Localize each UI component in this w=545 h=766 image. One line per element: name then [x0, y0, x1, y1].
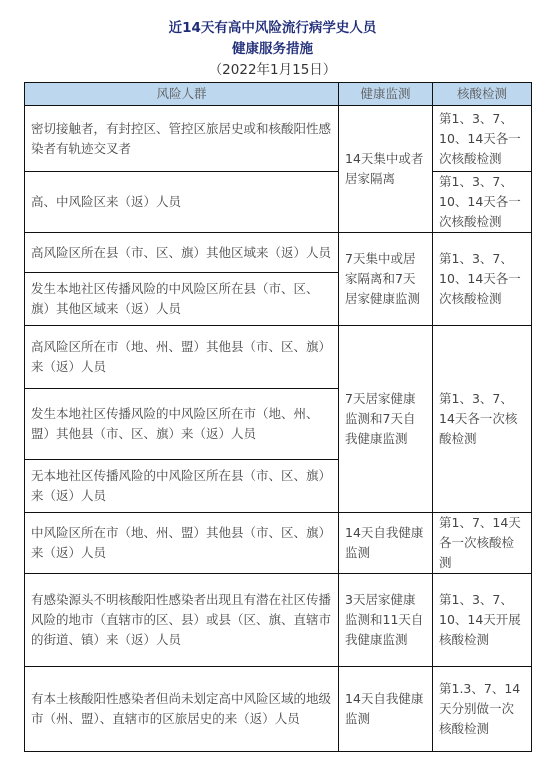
health-monitoring-cell: 3天居家健康监测和11天自我健康监测	[339, 574, 433, 667]
risk-group-cell: 发生本地社区传播风险的中风险区所在市（地、州、盟）其他县（市、区、旗）来（返）人…	[25, 389, 339, 460]
table-row: 高风险区所在市（地、州、盟）其他县（市、区、旗）来（返）人员 7天居家健康监测和…	[25, 326, 532, 389]
nucleic-acid-test-cell: 第1、3、7、10、14天各一次核酸检测	[433, 106, 532, 172]
nucleic-acid-test-cell: 第1、3、7、10、14天各一次核酸检测	[433, 233, 532, 326]
risk-group-cell: 密切接触者，有封控区、管控区旅居史或和核酸阳性感染者有轨迹交叉者	[25, 106, 339, 172]
nucleic-acid-test-cell: 第1、3、7、10、14天各一次核酸检测	[433, 172, 532, 233]
table-row: 密切接触者，有封控区、管控区旅居史或和核酸阳性感染者有轨迹交叉者 14天集中或者…	[25, 106, 532, 172]
table-row: 有本土核酸阳性感染者但尚未划定高中风险区域的地级市（州、盟）、直辖市的区旅居史的…	[25, 667, 532, 752]
nucleic-acid-test-cell: 第1、3、7、10、14天开展核酸检测	[433, 574, 532, 667]
table-row: 中风险区所在市（地、州、盟）其他县（市、区、旗）来（返）人员 14天自我健康监测…	[25, 513, 532, 574]
health-monitoring-cell: 14天自我健康监测	[339, 667, 433, 752]
page-title-line-2: 健康服务措施	[0, 39, 545, 60]
risk-group-cell: 发生本地社区传播风险的中风险区所在县（市、区、旗）其他区域来（返）人员	[25, 273, 339, 326]
publish-date: （2022年1月15日）	[0, 60, 545, 80]
health-monitoring-cell: 14天集中或者居家隔离	[339, 106, 433, 233]
column-header-nucleic-acid-test: 核酸检测	[433, 83, 532, 106]
risk-group-cell: 高、中风险区来（返）人员	[25, 172, 339, 233]
nucleic-acid-test-cell: 第1、3、7、14天各一次核酸检测	[433, 326, 532, 513]
risk-group-cell: 有本土核酸阳性感染者但尚未划定高中风险区域的地级市（州、盟）、直辖市的区旅居史的…	[25, 667, 339, 752]
health-measures-table: 风险人群 健康监测 核酸检测 密切接触者，有封控区、管控区旅居史或和核酸阳性感染…	[24, 82, 532, 752]
risk-group-cell: 高风险区所在县（市、区、旗）其他区域来（返）人员	[25, 233, 339, 273]
table-row: 高、中风险区来（返）人员 第1、3、7、10、14天各一次核酸检测	[25, 172, 532, 233]
title-block: 近14天有高中风险流行病学史人员 健康服务措施 （2022年1月15日）	[0, 18, 545, 80]
health-monitoring-cell: 7天居家健康监测和7天自我健康监测	[339, 326, 433, 513]
column-header-risk-group: 风险人群	[25, 83, 339, 106]
health-monitoring-cell: 7天集中或居家隔离和7天居家健康监测	[339, 233, 433, 326]
table-row: 高风险区所在县（市、区、旗）其他区域来（返）人员 7天集中或居家隔离和7天居家健…	[25, 233, 532, 273]
table-row: 有感染源头不明核酸阳性感染者出现且有潜在社区传播风险的地市（直辖市的区、县）或县…	[25, 574, 532, 667]
column-header-health-monitoring: 健康监测	[339, 83, 433, 106]
risk-group-cell: 中风险区所在市（地、州、盟）其他县（市、区、旗）来（返）人员	[25, 513, 339, 574]
page-title-line-1: 近14天有高中风险流行病学史人员	[0, 18, 545, 39]
nucleic-acid-test-cell: 第1.3、7、14天分别做一次核酸检测	[433, 667, 532, 752]
table-header-row: 风险人群 健康监测 核酸检测	[25, 83, 532, 106]
risk-group-cell: 无本地社区传播风险的中风险区所在县（市、区、旗）来（返）人员	[25, 460, 339, 513]
health-monitoring-cell: 14天自我健康监测	[339, 513, 433, 574]
risk-group-cell: 高风险区所在市（地、州、盟）其他县（市、区、旗）来（返）人员	[25, 326, 339, 389]
nucleic-acid-test-cell: 第1、7、14天各一次核酸检测	[433, 513, 532, 574]
risk-group-cell: 有感染源头不明核酸阳性感染者出现且有潜在社区传播风险的地市（直辖市的区、县）或县…	[25, 574, 339, 667]
